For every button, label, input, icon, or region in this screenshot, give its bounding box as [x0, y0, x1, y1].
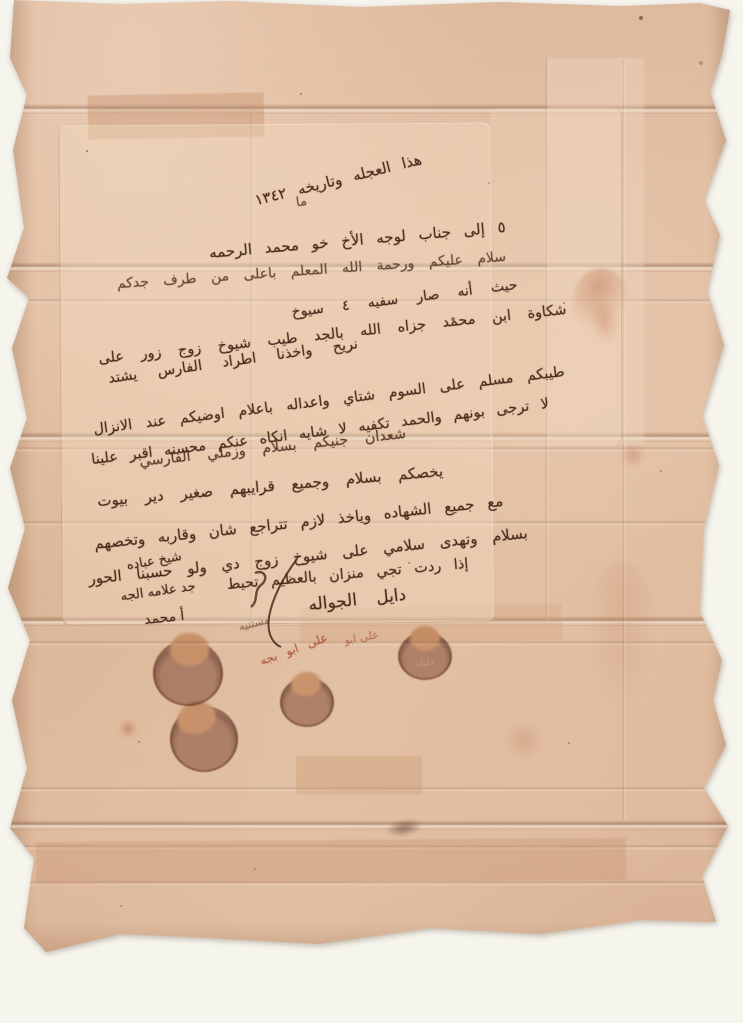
- fold-crease: [0, 104, 743, 114]
- crescent-seal-upper-left: [153, 640, 223, 706]
- rust-dot: [118, 720, 138, 738]
- seal-glyph: دليل: [398, 657, 452, 668]
- bottom-edge-shade: [0, 923, 743, 963]
- rust-stain: [586, 560, 656, 710]
- dirt-specks: [0, 0, 2, 2]
- seal-crescent-bite: [170, 633, 209, 666]
- crescent-seal-right: دليل: [398, 632, 452, 680]
- tape-strip: [548, 58, 644, 444]
- fold-crease: [0, 844, 743, 850]
- vertical-crease: [622, 60, 626, 820]
- seal-crescent-bite: [289, 670, 322, 699]
- crescent-seal-lower-left: [170, 706, 238, 772]
- fold-crease: [0, 820, 743, 830]
- rust-stain: [500, 722, 546, 760]
- margin-name: أ محمد: [143, 608, 185, 628]
- ink-smudge: [385, 817, 423, 839]
- red-ink-annotation: على ابو بجه: [258, 630, 330, 667]
- header-date-line: هذا العجله وتاريخه ١٣٤٢: [253, 150, 424, 209]
- tape-strip: [36, 838, 626, 884]
- crescent-seal-middle: [280, 677, 334, 727]
- right-torn-edge-shade: [709, 0, 735, 1023]
- faded-annotation: على ابو: [343, 628, 379, 647]
- paper-sheet: هذا العجله وتاريخه ١٣٤٢ ما ٥ إلى جناب لو…: [0, 0, 743, 1023]
- document-scan: هذا العجله وتاريخه ١٣٤٢ ما ٥ إلى جناب لو…: [0, 0, 743, 1023]
- faded-annotation: مستنيه: [237, 613, 271, 633]
- vertical-crease: [545, 60, 549, 620]
- rust-stain: [620, 444, 646, 466]
- seal-crescent-bite: [410, 626, 440, 651]
- rust-stain: [563, 261, 636, 339]
- fold-crease: [0, 880, 743, 886]
- left-torn-edge-shade: [0, 0, 34, 1023]
- tape-strip: [296, 756, 422, 794]
- fold-crease: [0, 616, 743, 626]
- rust-stain: [586, 297, 624, 346]
- header-fragment: ما: [295, 194, 308, 210]
- fold-crease: [0, 786, 743, 792]
- tape-strip: [88, 92, 265, 139]
- signature: دايل الجواله: [307, 585, 407, 615]
- aged-paper-background: هذا العجله وتاريخه ١٣٤٢ ما ٥ إلى جناب لو…: [0, 0, 743, 1023]
